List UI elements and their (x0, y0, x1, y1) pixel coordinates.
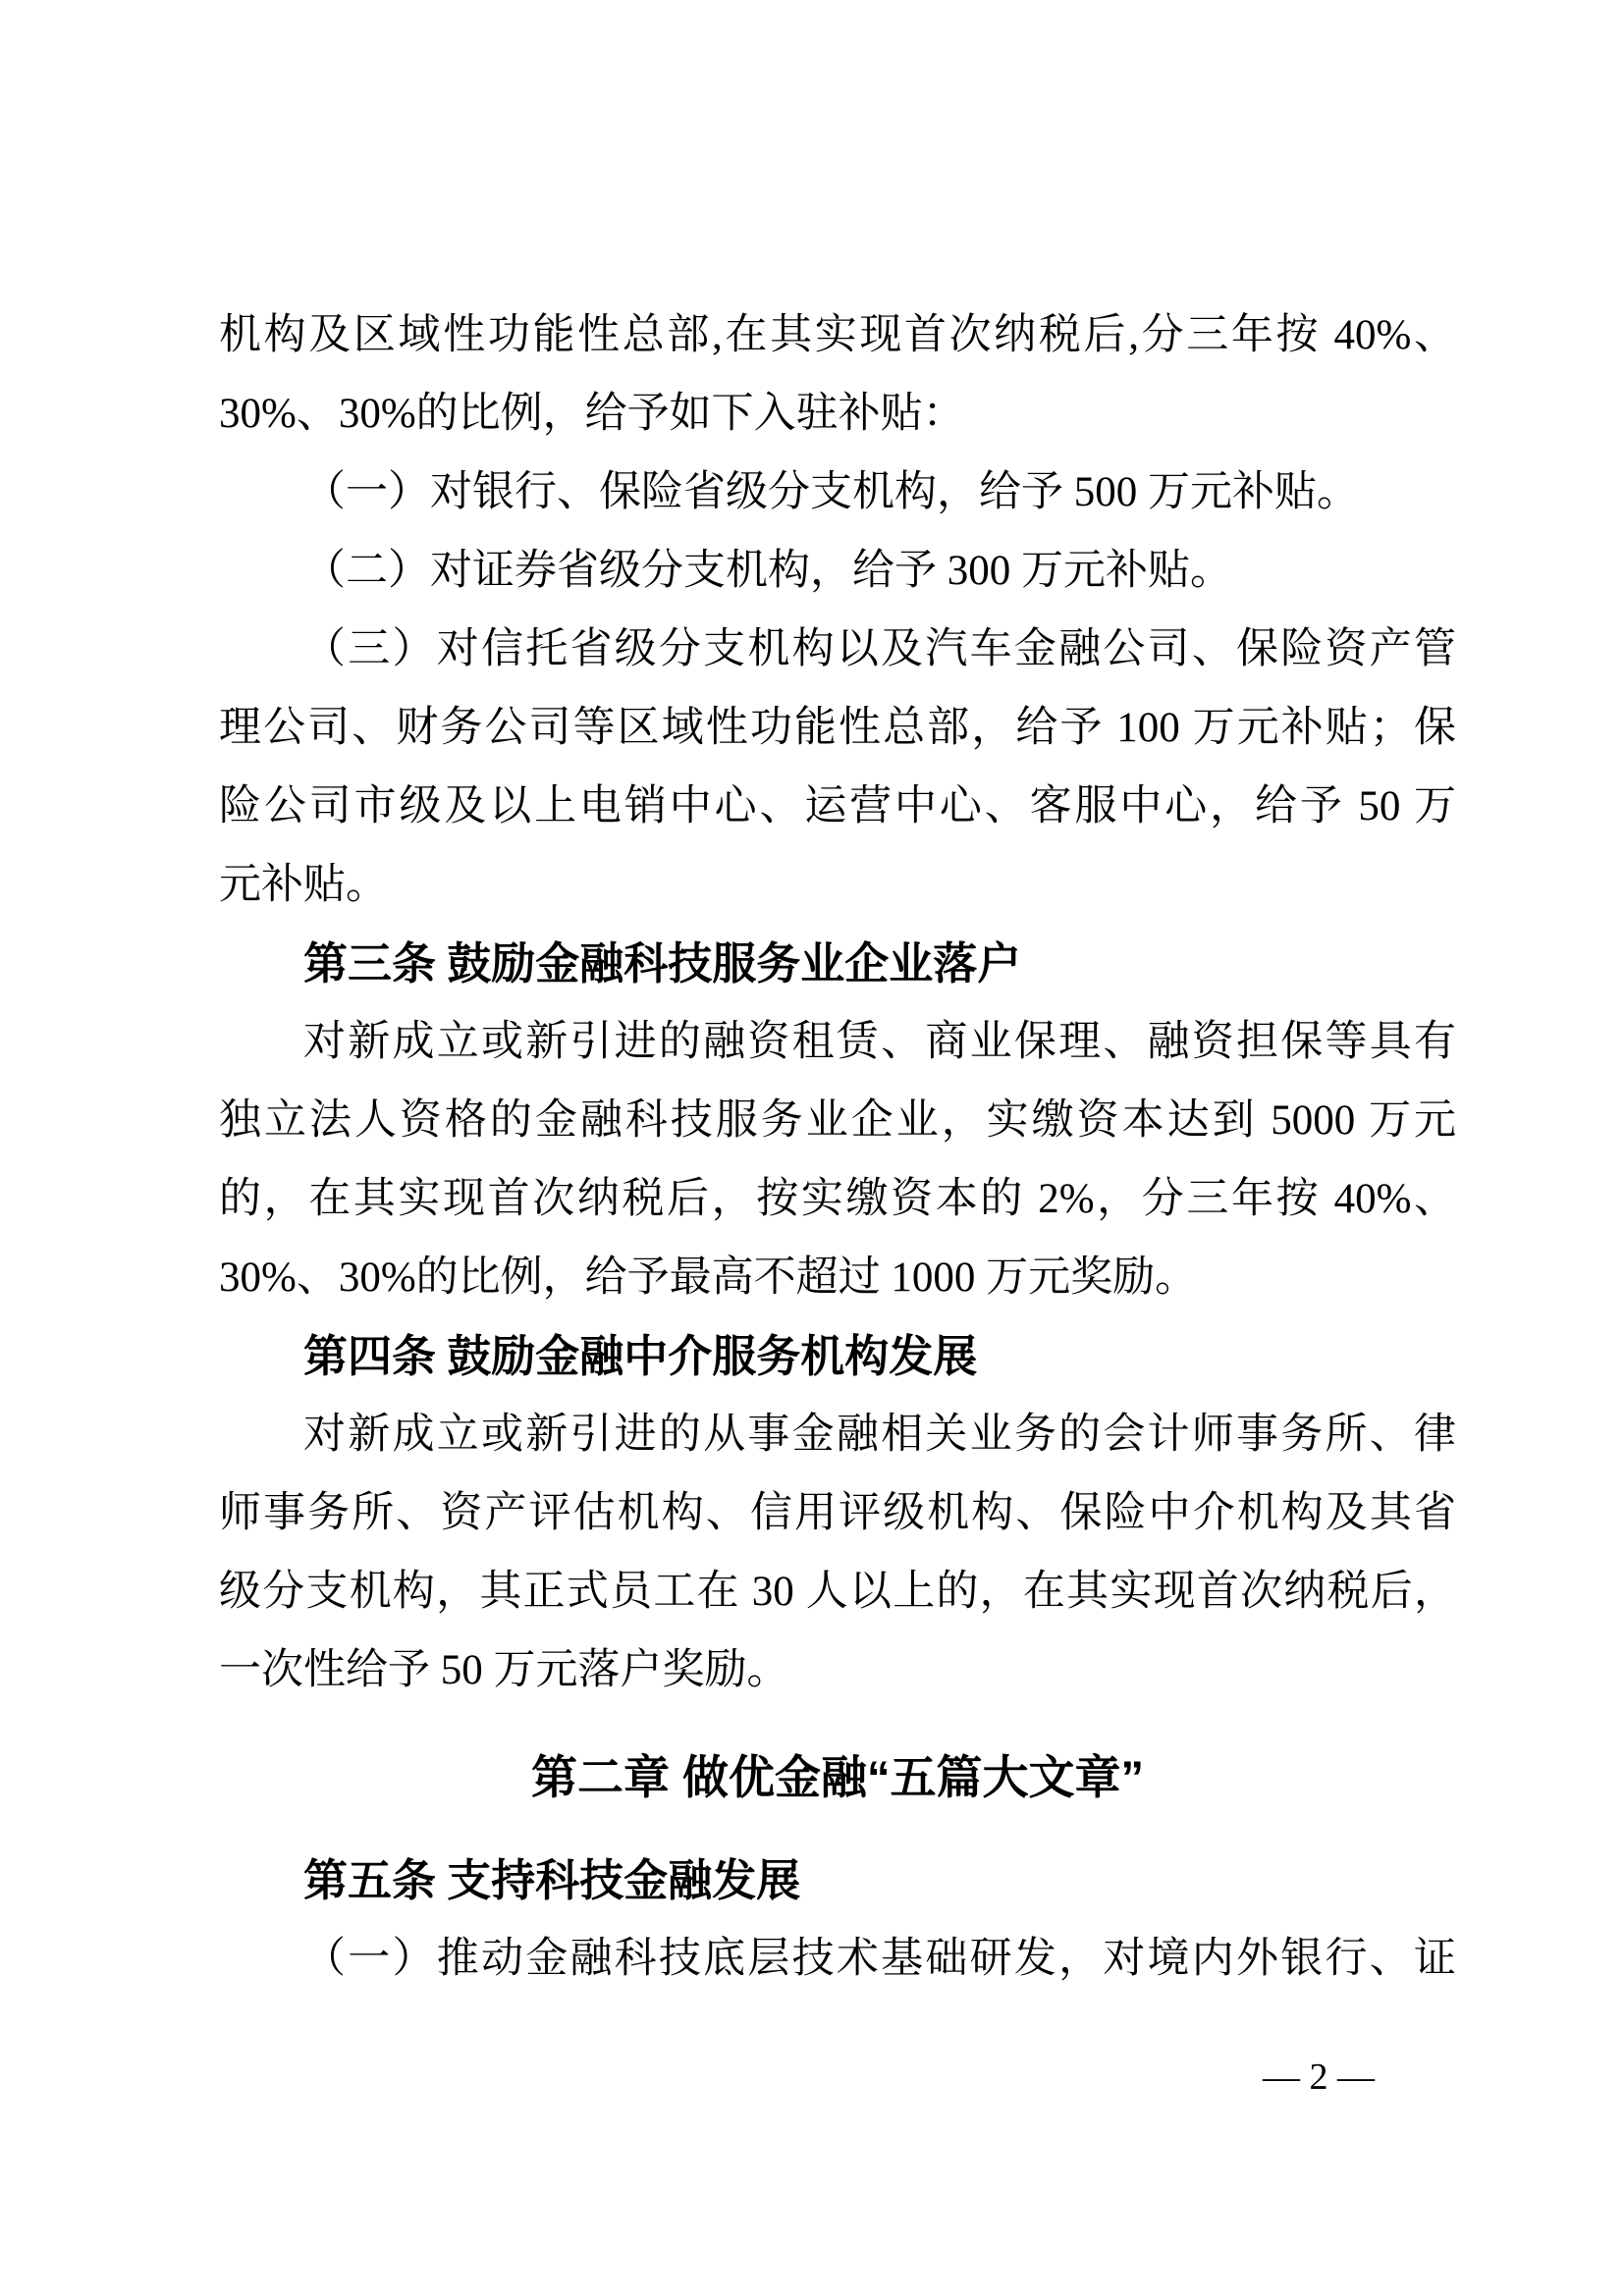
text-line: 机构及区域性功能性总部,在其实现首次纳税后,分三年按 40%、 (219, 296, 1456, 375)
article-heading: 第五条 支持科技金融发展 (219, 1842, 1456, 1920)
chapter-heading: 第二章 做优金融“五篇大文章” (219, 1738, 1456, 1817)
text-line: 一次性给予 50 万元落户奖励。 (219, 1631, 1456, 1710)
article-heading: 第四条 鼓励金融中介服务机构发展 (219, 1317, 1456, 1396)
text-line: 险公司市级及以上电销中心、运营中心、客服中心，给予 50 万 (219, 768, 1456, 846)
text-line: 对新成立或新引进的融资租赁、商业保理、融资担保等具有 (219, 1003, 1456, 1082)
text-line: 的，在其实现首次纳税后，按实缴资本的 2%，分三年按 40%、 (219, 1160, 1456, 1239)
text-line: 师事务所、资产评估机构、信用评级机构、保险中介机构及其省 (219, 1474, 1456, 1553)
text-line: 独立法人资格的金融科技服务业企业，实缴资本达到 5000 万元 (219, 1082, 1456, 1160)
text-line: 理公司、财务公司等区域性功能性总部，给予 100 万元补贴；保 (219, 689, 1456, 768)
document-page: 机构及区域性功能性总部,在其实现首次纳税后,分三年按 40%、 30%、30%的… (0, 0, 1624, 2296)
text-line: 元补贴。 (219, 846, 1456, 925)
text-line: （一）推动金融科技底层技术基础研发，对境内外银行、证 (219, 1920, 1456, 1999)
text-line: （一）对银行、保险省级分支机构，给予 500 万元补贴。 (219, 454, 1456, 532)
text-line: 级分支机构，其正式员工在 30 人以上的，在其实现首次纳税后， (219, 1553, 1456, 1631)
text-column: 机构及区域性功能性总部,在其实现首次纳税后,分三年按 40%、 30%、30%的… (219, 296, 1456, 1999)
text-line: 对新成立或新引进的从事金融相关业务的会计师事务所、律 (219, 1396, 1456, 1474)
text-line: （二）对证券省级分支机构，给予 300 万元补贴。 (219, 532, 1456, 611)
page-number: — 2 — (1263, 2057, 1375, 2097)
text-line: （三）对信托省级分支机构以及汽车金融公司、保险资产管 (219, 611, 1456, 689)
text-line: 30%、30%的比例，给予最高不超过 1000 万元奖励。 (219, 1239, 1456, 1317)
article-heading: 第三条 鼓励金融科技服务业企业落户 (219, 925, 1456, 1003)
text-line: 30%、30%的比例，给予如下入驻补贴： (219, 375, 1456, 454)
